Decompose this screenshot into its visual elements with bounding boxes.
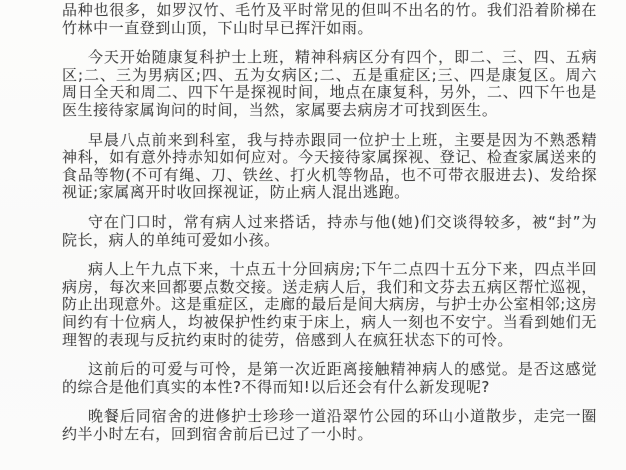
document-page: 品种也很多，如罗汉竹、毛竹及平时常见的但叫不出名的竹。我们沿着阶梯在竹林中一直登… bbox=[0, 0, 626, 470]
paragraph: 品种也很多，如罗汉竹、毛竹及平时常见的但叫不出名的竹。我们沿着阶梯在竹林中一直登… bbox=[62, 2, 597, 37]
paragraph: 这前后的可爱与可怜，是第一次近距离接触精神病人的感觉。是否这感觉的综合是他们真实… bbox=[62, 361, 597, 396]
paragraph: 病人上午九点下来，十点五十分回病房;下午二点四十五分下来，四点半回病房，每次来回… bbox=[62, 261, 597, 349]
paragraph: 晚餐后同宿舍的进修护士珍珍一道沿翠竹公园的环山小道散步，走完一圈约半小时左右，回… bbox=[62, 408, 597, 443]
paragraph: 今天开始随康复科护士上班，精神科病区分有四个，即二、三、四、五病区;二、三为男病… bbox=[62, 49, 597, 119]
paragraph: 守在门口时，常有病人过来搭话，持赤与他(她)们交谈得较多，被“封”为院长，病人的… bbox=[62, 214, 597, 249]
document-text-block: 品种也很多，如罗汉竹、毛竹及平时常见的但叫不出名的竹。我们沿着阶梯在竹林中一直登… bbox=[62, 2, 597, 443]
paragraph: 早晨八点前来到科室，我与持赤跟同一位护士上班，主要是因为不熟悉精神科，如有意外持… bbox=[62, 132, 597, 202]
